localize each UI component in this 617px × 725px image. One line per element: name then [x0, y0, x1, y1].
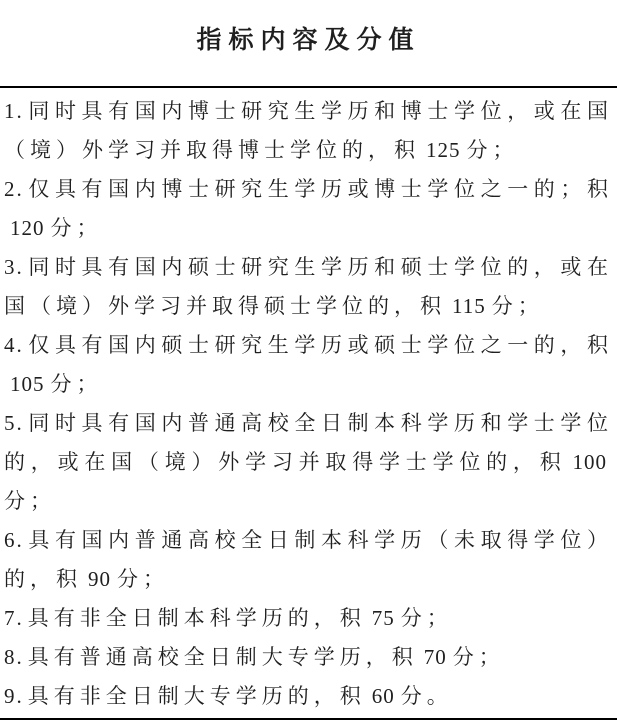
- document-page: 指标内容及分值 1.同时具有国内博士研究生学历和博士学位，或在国（境）外学习并取…: [0, 0, 617, 725]
- list-item: 4.仅具有国内硕士研究生学历或硕士学位之一的，积105分；: [4, 326, 613, 404]
- item-score: 90: [88, 567, 111, 591]
- item-number: 2.: [4, 177, 28, 201]
- indicator-list: 1.同时具有国内博士研究生学历和博士学位，或在国（境）外学习并取得博士学位的，积…: [4, 92, 613, 716]
- list-item: 9.具有非全日制大专学历的，积60分。: [4, 677, 613, 716]
- item-score: 105: [10, 372, 45, 396]
- item-score: 125: [426, 138, 461, 162]
- item-number: 7.: [4, 606, 28, 630]
- list-item: 6.具有国内普通高校全日制本科学历（未取得学位）的，积90分；: [4, 521, 613, 599]
- item-number: 9.: [4, 684, 28, 708]
- item-number: 8.: [4, 645, 28, 669]
- item-number: 3.: [4, 255, 28, 279]
- header-divider: [0, 86, 617, 88]
- item-unit: 分；: [117, 567, 169, 591]
- list-item: 1.同时具有国内博士研究生学历和博士学位，或在国（境）外学习并取得博士学位的，积…: [4, 92, 613, 170]
- item-score: 100: [573, 450, 608, 474]
- item-text: 具有非全日制大专学历的，积: [28, 684, 366, 708]
- item-text: 具有普通高校全日制大专学历，积: [28, 645, 418, 669]
- item-number: 1.: [4, 99, 28, 123]
- list-item: 5.同时具有国内普通高校全日制本科学历和学士学位的，或在国（境）外学习并取得学士…: [4, 404, 613, 521]
- item-unit: 分；: [51, 372, 103, 396]
- item-score: 60: [372, 684, 395, 708]
- item-unit: 分；: [401, 606, 453, 630]
- item-score: 75: [372, 606, 395, 630]
- item-unit: 分；: [51, 216, 103, 240]
- item-unit: 分；: [453, 645, 505, 669]
- list-item: 3.同时具有国内硕士研究生学历和硕士学位的，或在国（境）外学习并取得硕士学位的，…: [4, 248, 613, 326]
- item-score: 115: [452, 294, 486, 318]
- item-text: 仅具有国内硕士研究生学历或硕士学位之一的，积: [28, 333, 613, 357]
- item-text: 同时具有国内普通高校全日制本科学历和学士学位的，或在国（境）外学习并取得学士学位…: [4, 411, 613, 474]
- list-item: 8.具有普通高校全日制大专学历，积70分；: [4, 638, 613, 677]
- item-number: 4.: [4, 333, 28, 357]
- item-score: 120: [10, 216, 45, 240]
- item-score: 70: [424, 645, 447, 669]
- item-unit: 分；: [492, 294, 544, 318]
- item-unit: 分；: [4, 489, 56, 513]
- list-item: 2.仅具有国内博士研究生学历或博士学位之一的；积120分；: [4, 170, 613, 248]
- list-item: 7.具有非全日制本科学历的，积75分；: [4, 599, 613, 638]
- item-unit: 分。: [401, 684, 453, 708]
- item-number: 6.: [4, 528, 28, 552]
- page-title: 指标内容及分值: [0, 24, 617, 58]
- item-text: 仅具有国内博士研究生学历或博士学位之一的；积: [28, 177, 613, 201]
- item-unit: 分；: [467, 138, 519, 162]
- item-text: 同时具有国内博士研究生学历和博士学位，或在国（境）外学习并取得博士学位的，积: [4, 99, 613, 162]
- footer-divider: [0, 718, 617, 720]
- item-text: 具有非全日制本科学历的，积: [28, 606, 366, 630]
- item-number: 5.: [4, 411, 28, 435]
